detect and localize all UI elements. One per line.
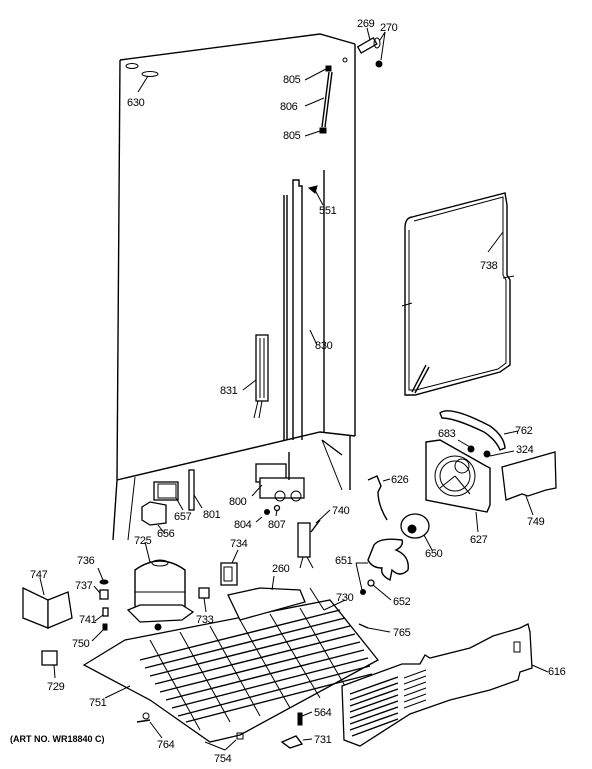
part-label-754[interactable]: 754	[214, 753, 231, 765]
part-label-749[interactable]: 749	[527, 516, 544, 528]
fan-motor-and-blade	[356, 514, 432, 600]
part-label-830[interactable]: 830	[315, 340, 332, 352]
part-label-733[interactable]: 733	[196, 614, 213, 626]
part-label-630[interactable]: 630	[127, 97, 144, 109]
part-label-270[interactable]: 270	[380, 22, 397, 34]
part-label-650[interactable]: 650	[425, 548, 442, 560]
brackets-656-657-801	[142, 470, 202, 534]
part-label-807[interactable]: 807	[268, 519, 285, 531]
part-label-762[interactable]: 762	[515, 425, 532, 437]
exploded-view-drawing	[0, 0, 592, 769]
part-label-831[interactable]: 831	[220, 385, 237, 397]
part-label-656[interactable]: 656	[157, 528, 174, 540]
part-label-738[interactable]: 738	[480, 260, 497, 272]
part-label-805-bottom[interactable]: 805	[283, 130, 300, 142]
part-label-804[interactable]: 804	[234, 519, 251, 531]
part-label-750[interactable]: 750	[72, 638, 89, 650]
condenser-and-base-pan	[84, 576, 378, 750]
part-label-740[interactable]: 740	[332, 505, 349, 517]
part-label-260[interactable]: 260	[272, 563, 289, 575]
part-label-737[interactable]: 737	[75, 580, 92, 592]
part-label-269[interactable]: 269	[357, 18, 374, 30]
part-label-741[interactable]: 741	[79, 614, 96, 626]
channel-830	[284, 170, 324, 440]
part-label-764[interactable]: 764	[157, 739, 174, 751]
part-label-731[interactable]: 731	[314, 734, 331, 746]
part-label-324[interactable]: 324	[516, 444, 533, 456]
part-label-747[interactable]: 747	[30, 569, 47, 581]
part-label-729[interactable]: 729	[47, 681, 64, 693]
part-label-736[interactable]: 736	[77, 555, 94, 567]
part-label-626[interactable]: 626	[391, 474, 408, 486]
part-label-806[interactable]: 806	[280, 101, 297, 113]
part-label-627[interactable]: 627	[470, 534, 487, 546]
heater-831	[243, 335, 268, 418]
water-tube-assembly	[305, 66, 332, 136]
part-label-652[interactable]: 652	[393, 596, 410, 608]
cabinet-outline	[113, 34, 355, 540]
parts-diagram: 269 270 630 805 806 805 551 738 830 831 …	[0, 0, 592, 769]
part-label-657[interactable]: 657	[174, 511, 191, 523]
water-valve-800	[252, 452, 304, 522]
part-label-805-top[interactable]: 805	[283, 74, 300, 86]
part-label-801[interactable]: 801	[203, 509, 220, 521]
sensor-626	[368, 476, 390, 520]
part-label-765[interactable]: 765	[393, 627, 410, 639]
part-label-800[interactable]: 800	[229, 496, 246, 508]
compressor-725	[128, 542, 193, 630]
capacitor-740	[298, 510, 330, 568]
part-label-751[interactable]: 751	[89, 697, 106, 709]
heater-loop-738	[402, 193, 514, 395]
part-label-730[interactable]: 730	[336, 592, 353, 604]
art-number: (ART NO. WR18840 C)	[10, 733, 105, 745]
part-label-564[interactable]: 564	[314, 707, 331, 719]
part-label-651[interactable]: 651	[335, 555, 352, 567]
part-label-683[interactable]: 683	[438, 428, 455, 440]
part-label-734[interactable]: 734	[230, 538, 247, 550]
part-label-551[interactable]: 551	[319, 205, 336, 217]
part-label-616[interactable]: 616	[548, 666, 565, 678]
part-label-725[interactable]: 725	[134, 535, 151, 547]
machine-compartment-grille-616	[342, 624, 548, 746]
